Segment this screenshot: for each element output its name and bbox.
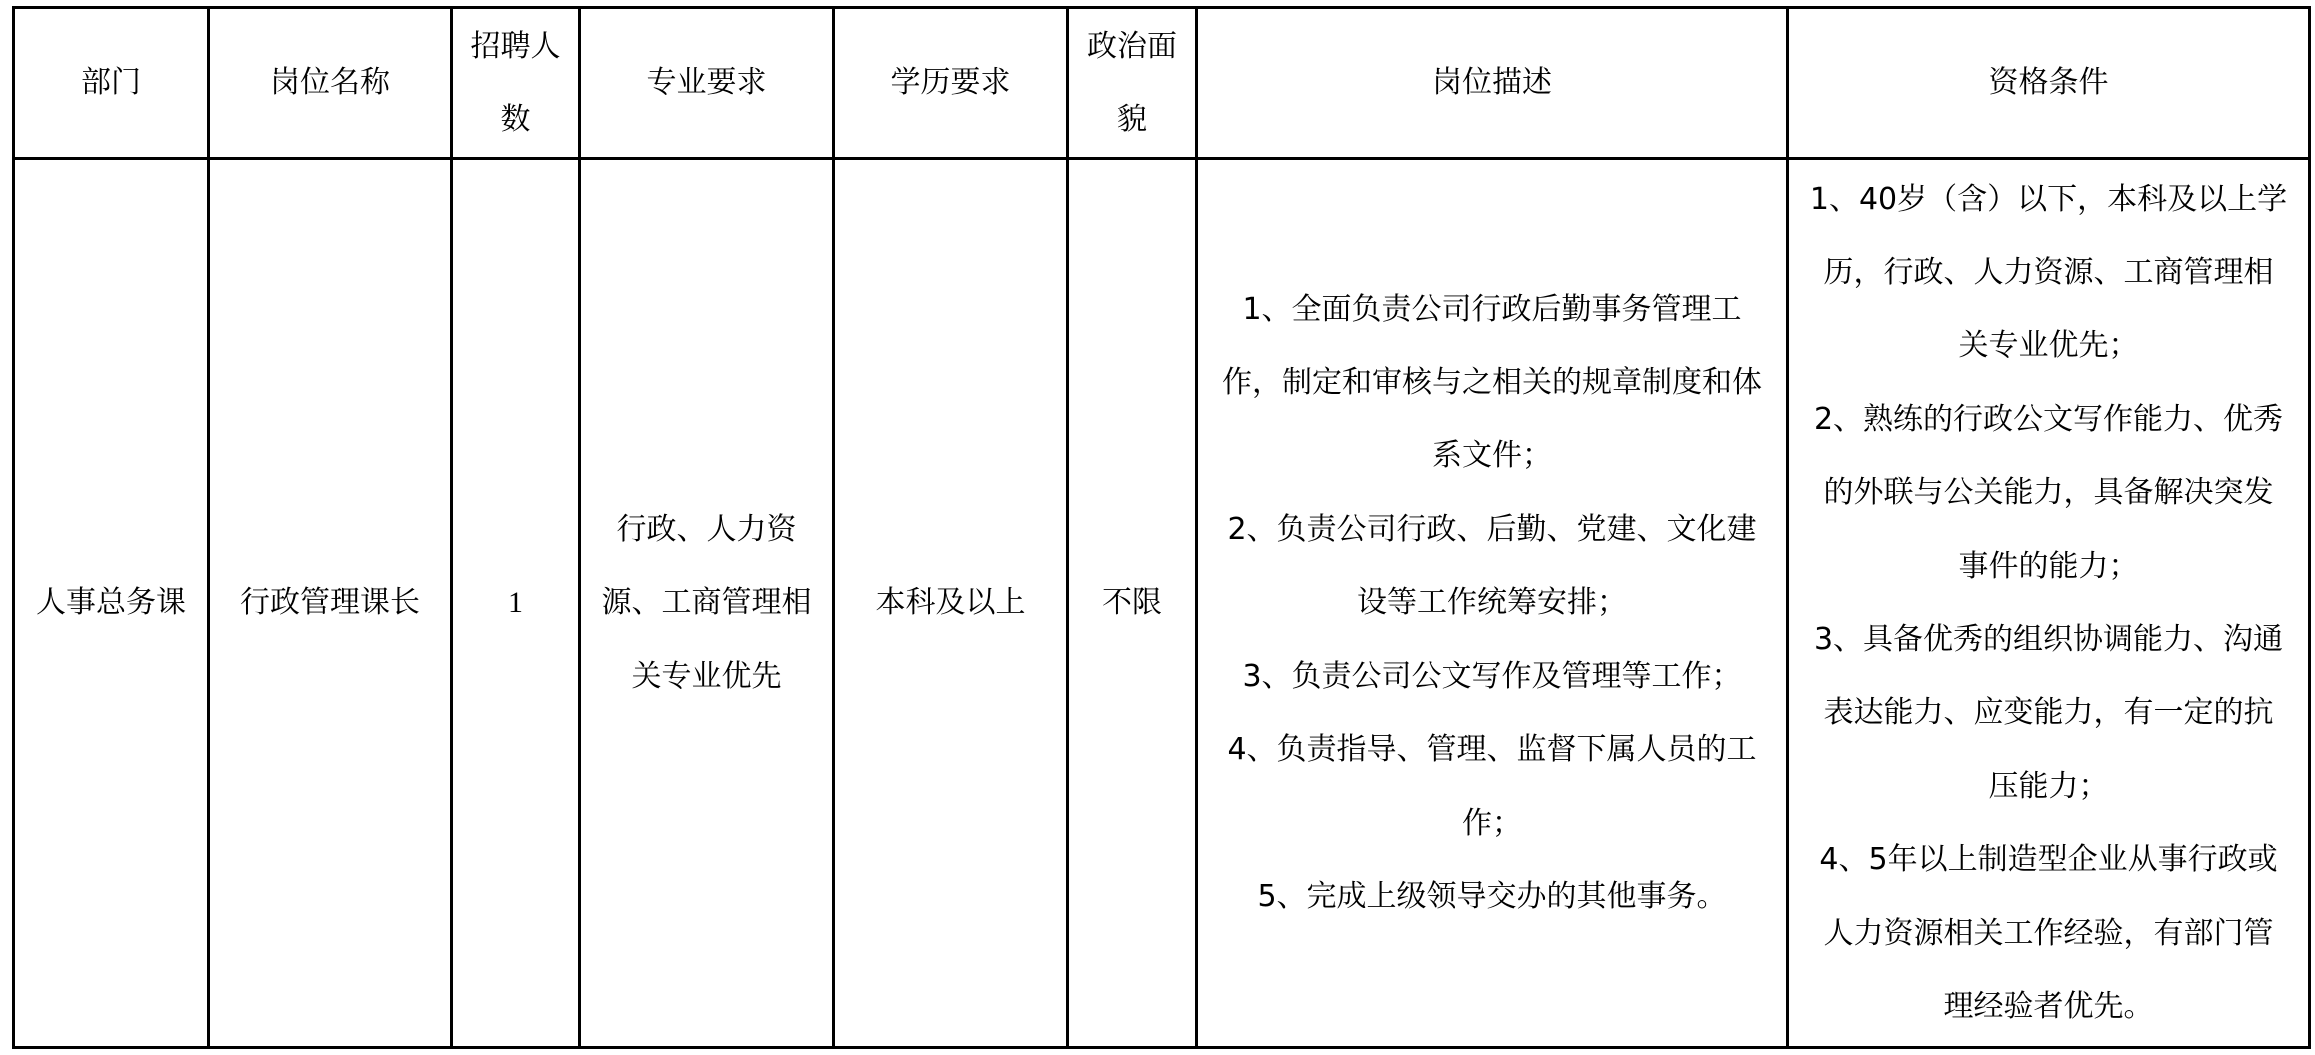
- department-value: 人事总务课: [15, 566, 207, 639]
- cell-description: 1、全面负责公司行政后勤事务管理工 作，制定和审核与之相关的规章制度和体 系文件…: [1197, 159, 1788, 1048]
- cell-headcount: 1: [452, 159, 580, 1048]
- cell-political-status: 不限: [1068, 159, 1197, 1048]
- cell-department: 人事总务课: [14, 159, 209, 1048]
- header-department-label: 部门: [15, 46, 207, 119]
- headcount-value: 1: [453, 566, 578, 639]
- header-headcount-label-line-1: 招聘人: [453, 10, 578, 83]
- major-line-2: 源、工商管理相: [581, 566, 832, 639]
- header-political-status-label-line-2: 貌: [1069, 83, 1195, 156]
- header-political-status-label-line-1: 政治面: [1069, 10, 1195, 83]
- qualifications-line-6: 事件的能力；: [1789, 530, 2308, 603]
- description-line-7: 4、负责指导、管理、监督下属人员的工: [1198, 713, 1786, 786]
- header-qualifications: 资格条件: [1788, 8, 2310, 159]
- header-major-label: 专业要求: [581, 46, 832, 119]
- header-description: 岗位描述: [1197, 8, 1788, 159]
- qualifications-line-3: 关专业优先；: [1789, 309, 2308, 382]
- header-row: 部门 岗位名称 招聘人 数 专业要求 学历要求 政治面 貌 岗位描述: [14, 8, 2310, 159]
- header-headcount: 招聘人 数: [452, 8, 580, 159]
- qualifications-line-8: 表达能力、应变能力，有一定的抗: [1789, 676, 2308, 749]
- cell-education: 本科及以上: [834, 159, 1068, 1048]
- cell-qualifications: 1、40岁（含）以下，本科及以上学 历，行政、人力资源、工商管理相 关专业优先；…: [1788, 159, 2310, 1048]
- header-headcount-label-line-2: 数: [453, 83, 578, 156]
- qualifications-line-4: 2、熟练的行政公文写作能力、优秀: [1789, 383, 2308, 456]
- header-education: 学历要求: [834, 8, 1068, 159]
- description-line-6: 3、负责公司公文写作及管理等工作；: [1198, 640, 1786, 713]
- major-line-1: 行政、人力资: [581, 493, 832, 566]
- qualifications-line-9: 压能力；: [1789, 750, 2308, 823]
- qualifications-line-1: 1、40岁（含）以下，本科及以上学: [1789, 163, 2308, 236]
- job-posting-table: 部门 岗位名称 招聘人 数 专业要求 学历要求 政治面 貌 岗位描述: [12, 6, 2311, 1049]
- major-line-3: 关专业优先: [581, 640, 832, 713]
- header-qualifications-label: 资格条件: [1789, 46, 2308, 119]
- table-row: 人事总务课 行政管理课长 1 行政、人力资 源、工商管理相 关专业优先 本科及以…: [14, 159, 2310, 1048]
- cell-major: 行政、人力资 源、工商管理相 关专业优先: [580, 159, 834, 1048]
- position-value: 行政管理课长: [210, 566, 450, 639]
- header-position: 岗位名称: [209, 8, 452, 159]
- header-position-label: 岗位名称: [210, 46, 450, 119]
- qualifications-line-5: 的外联与公关能力，具备解决突发: [1789, 456, 2308, 529]
- qualifications-line-10: 4、5年以上制造型企业从事行政或: [1789, 823, 2308, 896]
- description-line-4: 2、负责公司行政、后勤、党建、文化建: [1198, 493, 1786, 566]
- description-line-1: 1、全面负责公司行政后勤事务管理工: [1198, 273, 1786, 346]
- header-political-status: 政治面 貌: [1068, 8, 1197, 159]
- political-status-value: 不限: [1069, 566, 1195, 639]
- cell-position: 行政管理课长: [209, 159, 452, 1048]
- qualifications-line-12: 理经验者优先。: [1789, 970, 2308, 1043]
- header-major: 专业要求: [580, 8, 834, 159]
- description-line-3: 系文件；: [1198, 419, 1786, 492]
- education-value: 本科及以上: [835, 566, 1066, 639]
- description-line-9: 5、完成上级领导交办的其他事务。: [1198, 860, 1786, 933]
- qualifications-line-7: 3、具备优秀的组织协调能力、沟通: [1789, 603, 2308, 676]
- description-line-5: 设等工作统筹安排；: [1198, 566, 1786, 639]
- qualifications-line-11: 人力资源相关工作经验，有部门管: [1789, 897, 2308, 970]
- qualifications-line-2: 历，行政、人力资源、工商管理相: [1789, 236, 2308, 309]
- header-department: 部门: [14, 8, 209, 159]
- description-line-8: 作；: [1198, 787, 1786, 860]
- header-description-label: 岗位描述: [1198, 46, 1786, 119]
- header-education-label: 学历要求: [835, 46, 1066, 119]
- description-line-2: 作，制定和审核与之相关的规章制度和体: [1198, 346, 1786, 419]
